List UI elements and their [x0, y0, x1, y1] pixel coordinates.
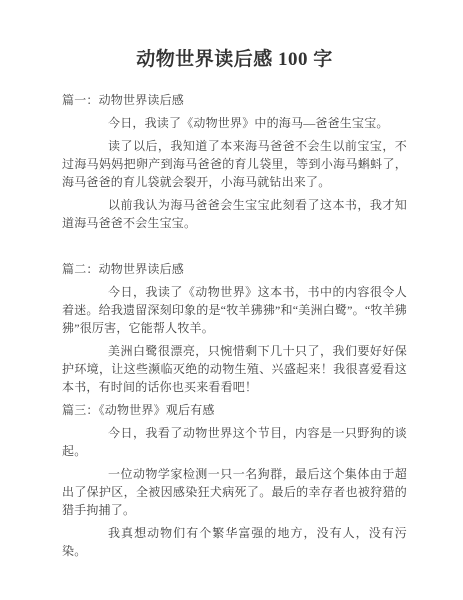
section-2-heading: 篇二：动物世界读后感: [62, 260, 407, 278]
section-1-paragraph-3: 以前我认为海马爸爸会生宝宝此刻看了这本书，我才知道海马爸爸不会生宝宝。: [62, 196, 407, 232]
section-3-paragraph-1: 今日，我看了动物世界这个节目，内容是一只野狗的谈起。: [62, 424, 407, 460]
section-3-paragraph-3: 我真想动物们有个繁华富强的地方，没有人，没有污染。: [62, 524, 407, 560]
section-1-paragraph-1: 今日，我读了《动物世界》中的海马—爸爸生宝宝。: [62, 114, 407, 132]
section-3-heading: 篇三：《动物世界》观后有感: [62, 401, 407, 419]
section-1-paragraph-2: 读了以后，我知道了本来海马爸爸不会生以前宝宝，不过海马妈妈把卵产到海马爸爸的育儿…: [62, 137, 407, 191]
document-page: 动物世界读后感 100 字 篇一：动物世界读后感 今日，我读了《动物世界》中的海…: [0, 0, 463, 600]
section-2-paragraph-2: 美洲白鹭很漂亮，只惋惜剩下几十只了，我们要好好保护环境，让这些濒临灭绝的动物生殖…: [62, 342, 407, 396]
section-2-paragraph-1: 今日，我读了《动物世界》这本书，书中的内容很令人着迷。给我遗留深刻印象的是“牧羊…: [62, 283, 407, 337]
section-3-paragraph-2: 一位动物学家检测一只一名狗群，最后这个集体由于超出了保护区，全被因感染狂犬病死了…: [62, 465, 407, 519]
section-1-heading: 篇一：动物世界读后感: [62, 91, 407, 109]
document-title: 动物世界读后感 100 字: [62, 46, 407, 73]
